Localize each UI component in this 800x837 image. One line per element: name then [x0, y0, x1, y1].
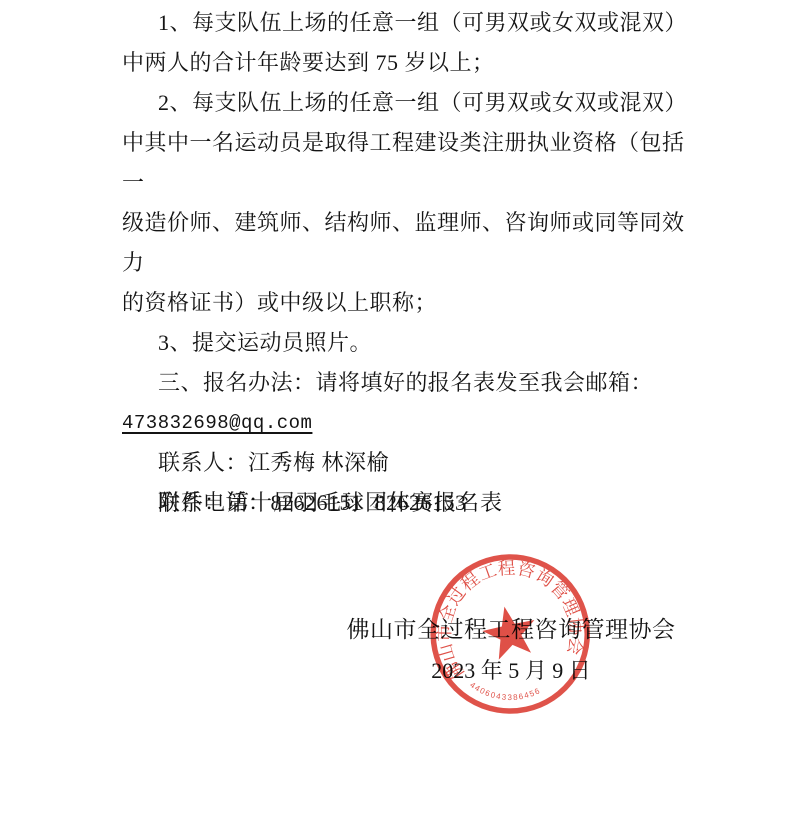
stray-ink-mark [428, 386, 431, 389]
body-line-rule-2-cont-b: 级造价师、建筑师、结构师、监理师、咨询师或同等同效力 [122, 203, 694, 283]
body-line-rule-3: 3、提交运动员照片。 [122, 323, 694, 363]
attachment-line: 附件：第十届羽毛球团体赛报名表 [158, 486, 503, 517]
email-address-line: 473832698@qq.com [122, 403, 694, 443]
star-icon [478, 601, 541, 662]
document-page: 1、每支队伍上场的任意一组（可男双或女双或混双） 中两人的合计年龄要达到 75 … [0, 0, 800, 837]
contact-person-line: 联系人：江秀梅 林深榆 [122, 443, 694, 483]
body-line-registration: 三、报名办法：请将填好的报名表发至我会邮箱： [122, 363, 694, 403]
email-address: 473832698@qq.com [122, 412, 312, 434]
official-seal: 佛山市全过程工程咨询管理协会 4406043386456 [410, 533, 610, 733]
body-line-rule-2: 2、每支队伍上场的任意一组（可男双或女双或混双） [122, 83, 694, 123]
document-body: 1、每支队伍上场的任意一组（可男双或女双或混双） 中两人的合计年龄要达到 75 … [122, 3, 694, 523]
body-line-rule-2-cont-a: 中其中一名运动员是取得工程建设类注册执业资格（包括一 [122, 123, 694, 203]
body-line-rule-1-cont: 中两人的合计年龄要达到 75 岁以上； [122, 43, 694, 83]
body-line-rule-1: 1、每支队伍上场的任意一组（可男双或女双或混双） [122, 3, 694, 43]
body-line-rule-2-cont-c: 的资格证书）或中级以上职称； [122, 283, 694, 323]
